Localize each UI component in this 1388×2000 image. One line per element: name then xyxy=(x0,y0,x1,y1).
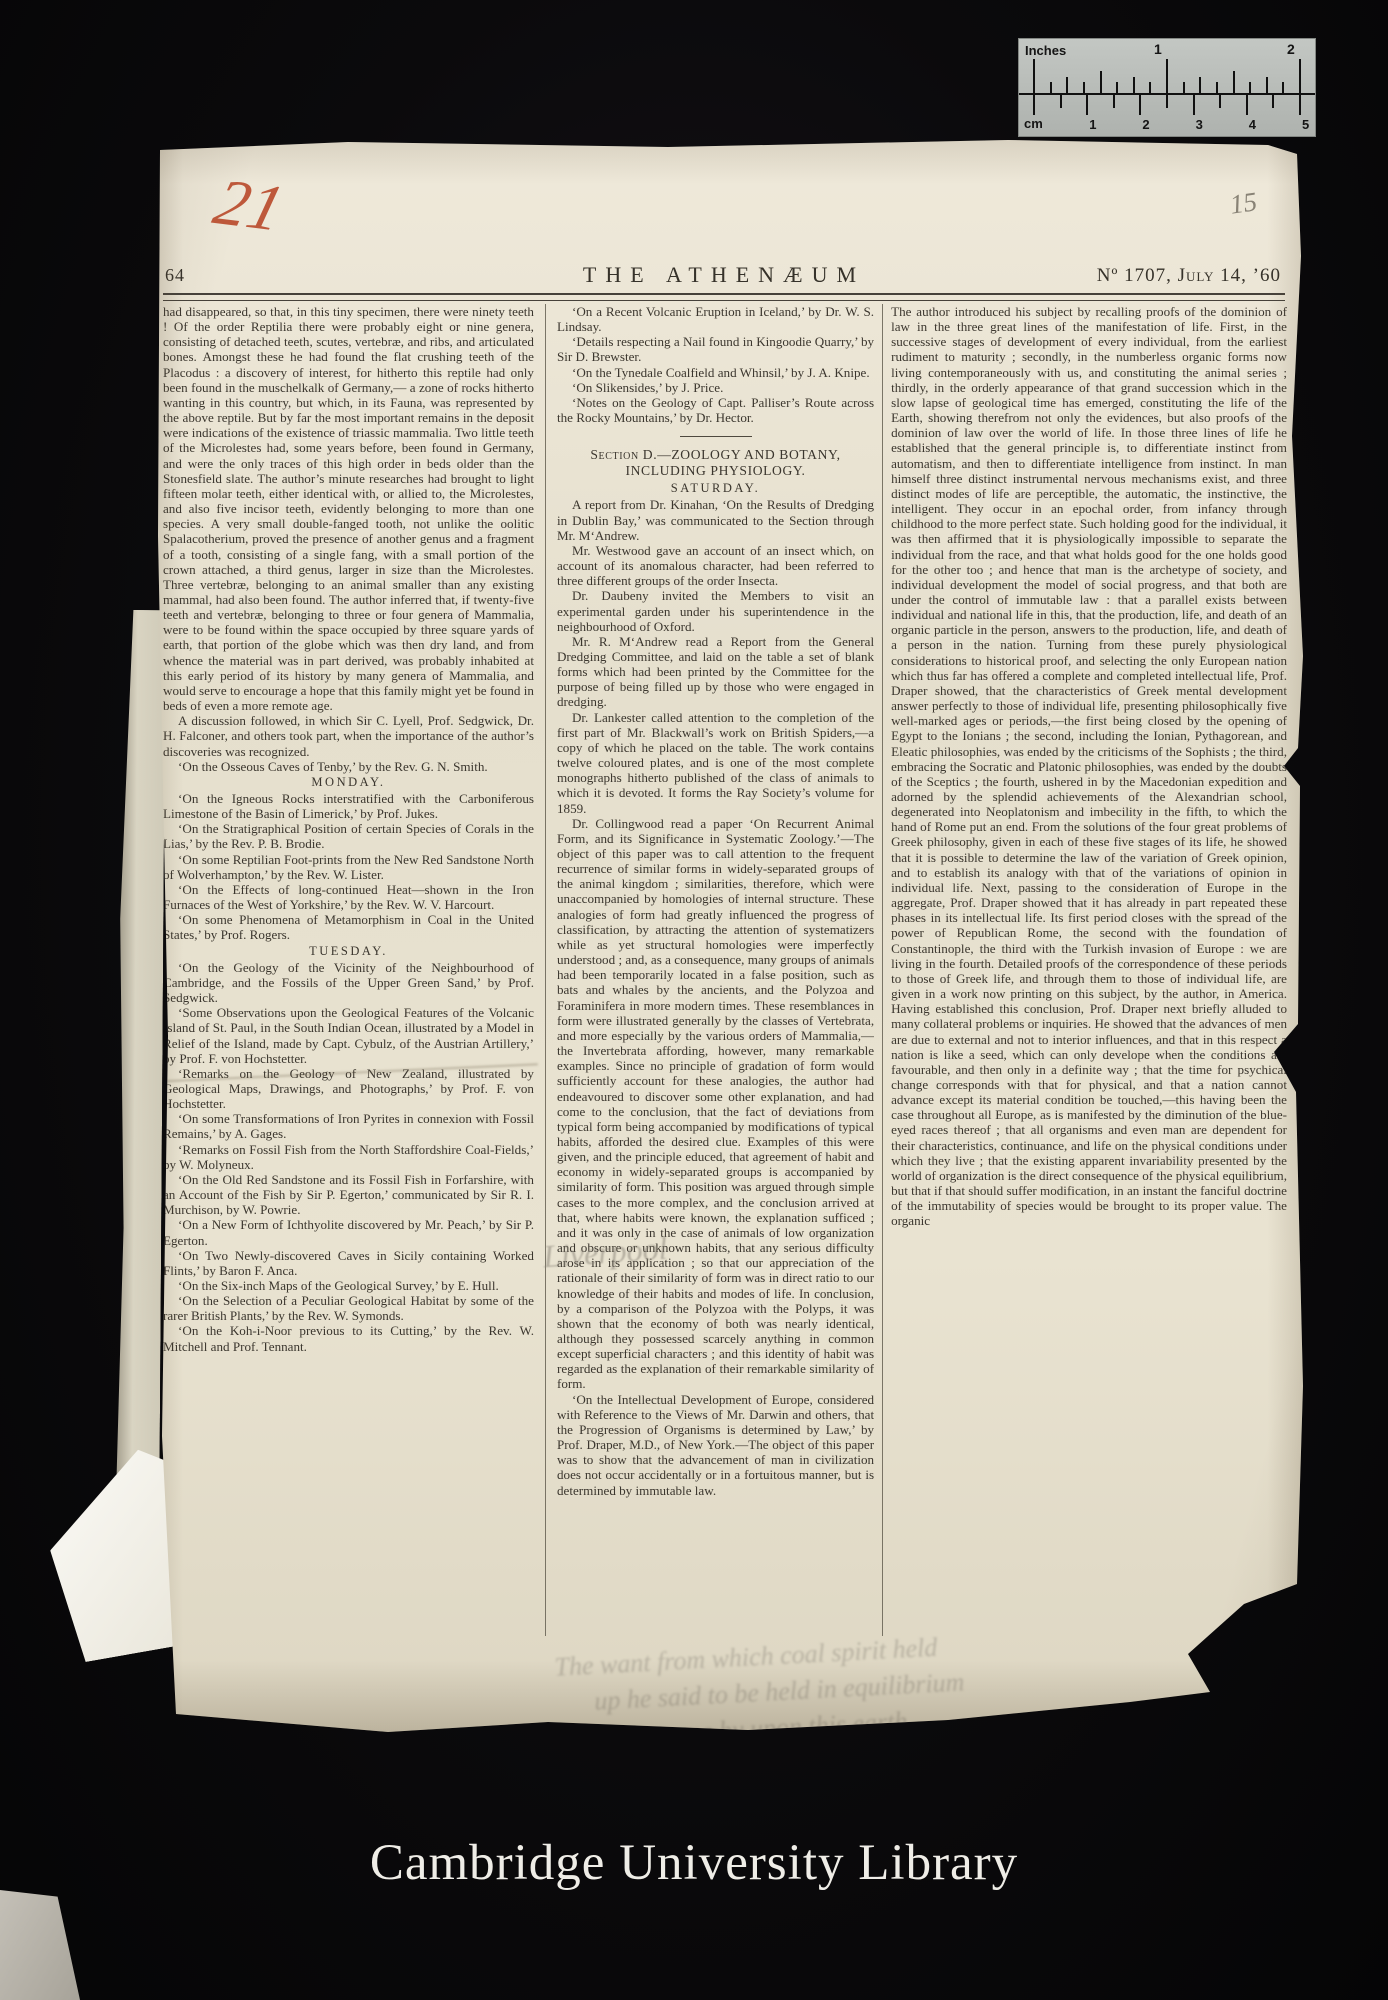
column-3: The author introduced his subject by rec… xyxy=(891,304,1287,1649)
ruler-cm-scale: cm 12345 xyxy=(1019,95,1315,134)
inch-tick xyxy=(1299,59,1301,93)
article-paragraph: ‘On some Transformations of Iron Pyrites… xyxy=(163,1111,534,1141)
article-paragraph: ‘On the Old Red Sandstone and its Fossil… xyxy=(163,1172,534,1217)
inch-tick xyxy=(1216,82,1218,93)
cm-number: 1 xyxy=(1089,117,1096,132)
inch-number: 1 xyxy=(1154,41,1162,57)
inch-tick xyxy=(1249,82,1251,93)
cm-tick xyxy=(1033,95,1035,115)
page-header: 64 THE ATHENÆUM Nº 1707, July 14, ’60 xyxy=(163,254,1285,288)
cm-number: 2 xyxy=(1142,117,1149,132)
article-paragraph: ‘On the Selection of a Peculiar Geologic… xyxy=(163,1293,534,1323)
article-paragraph: ‘On Slikensides,’ by J. Price. xyxy=(557,380,874,395)
ruler-inches-scale: Inches 12 xyxy=(1019,39,1315,95)
article-paragraph: ‘On Two Newly-discovered Caves in Sicily… xyxy=(163,1248,534,1278)
inch-tick xyxy=(1100,71,1102,93)
inch-tick xyxy=(1233,71,1235,93)
measurement-ruler: Inches 12 cm 12345 xyxy=(1018,38,1316,137)
pencil-folio-annotation: 15 xyxy=(1228,186,1259,220)
article-paragraph: ‘Some Observations upon the Geological F… xyxy=(163,1005,534,1066)
article-paragraph: Dr. Collingwood read a paper ‘On Recurre… xyxy=(557,816,874,1392)
column-rule-1 xyxy=(545,304,546,1636)
article-paragraph: The author introduced his subject by rec… xyxy=(891,304,1287,1229)
inch-tick xyxy=(1166,59,1168,93)
article-paragraph: ‘On a Recent Volcanic Eruption in Icelan… xyxy=(557,304,874,334)
cm-number: 3 xyxy=(1196,117,1203,132)
cm-number: 5 xyxy=(1302,117,1309,132)
day-heading: TUESDAY. xyxy=(163,944,534,959)
article-paragraph: Mr. Westwood gave an account of an insec… xyxy=(557,543,874,588)
header-double-rule xyxy=(163,293,1285,301)
article-paragraph: ‘On the Intellectual Development of Euro… xyxy=(557,1392,874,1498)
article-paragraph: A discussion followed, in which Sir C. L… xyxy=(163,713,534,758)
article-paragraph: ‘On the Koh-i-Noor previous to its Cutti… xyxy=(163,1323,534,1353)
inch-tick xyxy=(1116,82,1118,93)
article-paragraph: A report from Dr. Kinahan, ‘On the Resul… xyxy=(557,497,874,542)
inch-tick xyxy=(1066,77,1068,93)
text-columns: had disappeared, so that, in this tiny s… xyxy=(163,304,1287,1649)
inch-tick xyxy=(1133,77,1135,93)
library-watermark: Cambridge University Library xyxy=(0,1834,1388,1892)
inch-tick xyxy=(1266,77,1268,93)
cm-number: 4 xyxy=(1249,117,1256,132)
inch-number: 2 xyxy=(1287,41,1295,57)
article-paragraph: ‘On a New Form of Ichthyolite discovered… xyxy=(163,1217,534,1247)
section-divider-rule xyxy=(680,436,752,437)
article-paragraph: ‘Remarks on Fossil Fish from the North S… xyxy=(163,1142,534,1172)
article-paragraph: ‘Notes on the Geology of Capt. Palliser’… xyxy=(557,395,874,425)
section-heading: Section D.—ZOOLOGY AND BOTANY, INCLUDING… xyxy=(557,447,874,479)
article-paragraph: Dr. Lankester called attention to the co… xyxy=(557,710,874,816)
cm-tick xyxy=(1219,95,1221,108)
cm-tick xyxy=(1193,95,1195,115)
inch-tick xyxy=(1050,82,1052,93)
article-paragraph: ‘On the Tynedale Coalfield and Whinsil,’… xyxy=(557,365,874,380)
day-heading: SATURDAY. xyxy=(557,481,874,496)
article-paragraph: ‘On the Stratigraphical Position of cert… xyxy=(163,821,534,851)
column-rule-2 xyxy=(882,304,883,1636)
article-paragraph: Dr. Daubeny invited the Members to visit… xyxy=(557,588,874,633)
cm-tick xyxy=(1086,95,1088,115)
inch-tick xyxy=(1149,82,1151,93)
cm-tick xyxy=(1060,95,1062,108)
pencil-scribble-line: as came by upon this earth xyxy=(627,1690,1158,1754)
inch-tick xyxy=(1033,59,1035,93)
inch-tick xyxy=(1083,82,1085,93)
cm-tick xyxy=(1246,95,1248,115)
inch-tick xyxy=(1183,82,1185,93)
article-paragraph: ‘On the Igneous Rocks interstratified wi… xyxy=(163,791,534,821)
cm-tick xyxy=(1113,95,1115,108)
inch-tick xyxy=(1199,77,1201,93)
article-paragraph: ‘On some Phenomena of Metamorphism in Co… xyxy=(163,912,534,942)
article-paragraph: had disappeared, so that, in this tiny s… xyxy=(163,304,534,713)
article-paragraph: Mr. R. M‘Andrew read a Report from the G… xyxy=(557,634,874,710)
cm-tick xyxy=(1272,95,1274,108)
scan-viewer-background: Inches 12 cm 12345 21 15 64 THE ATHENÆUM… xyxy=(0,0,1388,2000)
ruler-inches-label: Inches xyxy=(1025,43,1066,58)
article-paragraph: ‘On the Osseous Caves of Tenby,’ by the … xyxy=(163,759,534,774)
article-paragraph: ‘On the Effects of long-continued Heat—s… xyxy=(163,882,534,912)
article-paragraph: ‘Details respecting a Nail found in King… xyxy=(557,334,874,364)
column-2: ‘On a Recent Volcanic Eruption in Icelan… xyxy=(557,304,874,1649)
scanned-newspaper-page: 21 15 64 THE ATHENÆUM Nº 1707, July 14, … xyxy=(148,136,1314,1740)
red-crayon-annotation: 21 xyxy=(206,165,291,247)
ruler-cm-label: cm xyxy=(1024,116,1043,131)
cm-tick xyxy=(1139,95,1141,115)
article-paragraph: ‘On some Reptilian Foot-prints from the … xyxy=(163,852,534,882)
cm-tick xyxy=(1166,95,1168,108)
scan-bed-corner xyxy=(0,1890,80,2000)
article-paragraph: ‘On the Geology of the Vicinity of the N… xyxy=(163,960,534,1005)
day-heading: MONDAY. xyxy=(163,775,534,790)
issue-date: Nº 1707, July 14, ’60 xyxy=(1097,265,1281,287)
article-paragraph: ‘On the Six-inch Maps of the Geological … xyxy=(163,1278,534,1293)
pencil-scribble-line: up he said to be held in equilibrium xyxy=(593,1654,1156,1719)
inch-tick xyxy=(1282,82,1284,93)
column-1: had disappeared, so that, in this tiny s… xyxy=(163,304,534,1649)
cm-tick xyxy=(1299,95,1301,115)
